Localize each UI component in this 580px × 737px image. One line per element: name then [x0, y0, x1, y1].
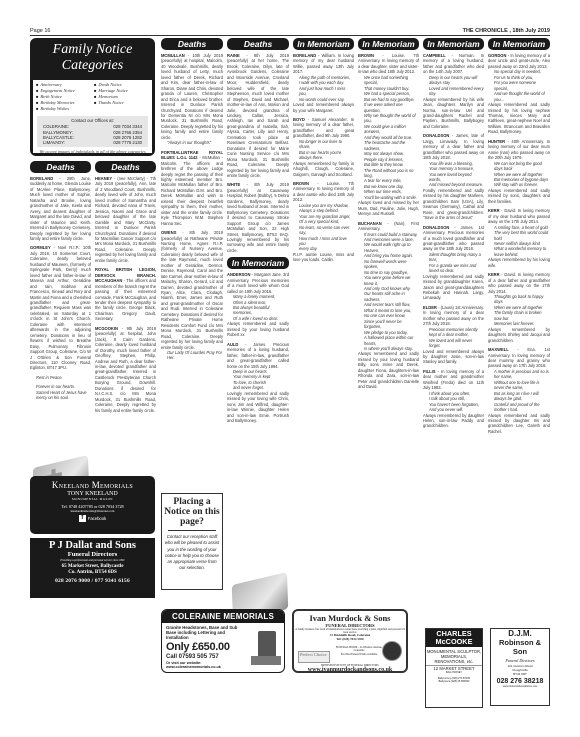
notice-entry: CAMPBELL - Norman. In memory of a loving… [423, 53, 484, 129]
memoriam-header: In Memoriam [423, 38, 484, 50]
deaths-header: Deaths [161, 38, 223, 50]
notice-entry: RAINE - 8th July 2019 (peacefully) at he… [227, 53, 289, 178]
facebook-icon: f [79, 515, 86, 522]
memoriam-column-5: In Memoriam BORELAND - William. In lovin… [293, 38, 354, 618]
notice-entry: MCMULLAN - 10th July 2019 (peacefully) a… [161, 53, 223, 146]
notice-entry: BUCHANAN - (Nan). First Anniversary.If t… [358, 221, 419, 390]
office-row: LIMAVADY:028 7776 2130 [43, 140, 142, 145]
notice-entry: WHITE - 8th July 2019 (peacefully) at Ca… [227, 182, 289, 253]
notice-entry: OWENS - 8th July 2019 (peacefully) at Ra… [161, 230, 223, 361]
deaths-column-3: Deaths MCMULLAN - 10th July 2019 (peacef… [161, 38, 223, 492]
deaths-column-4: Deaths RAINE - 8th July 2019 (peacefully… [227, 38, 289, 618]
notice-entry: ANDERSON - Margaret Jane. 3rd Anniversar… [227, 272, 289, 337]
notice-name: BUCHANAN [358, 221, 382, 226]
notice-verse: If tears could build a stairway,And memo… [358, 232, 419, 352]
notice-name: KERR [488, 208, 500, 213]
notice-verse: Many a lonely moment,Often a silent tear… [227, 294, 289, 321]
notice-verse: A mother is precious and so is her name,… [488, 369, 550, 413]
categories-panel: AnniversaryDeath NoticeEngagement Notice… [33, 80, 152, 153]
notice-name: RAINE [227, 53, 240, 58]
closing-verse: Forever in our hearts.Sacred Heart of Je… [30, 384, 91, 400]
notice-entry: MCGOOKIN - 9th July 2019 (peacefully) at… [95, 326, 156, 413]
notice-verse: Louise you are my shadow,Always a step b… [293, 203, 354, 252]
notice-entry: GORDON - In loving memory of a dear uncl… [488, 53, 550, 135]
notice-verse: Deep in our hearts you will always stayL… [423, 75, 484, 97]
family-notice-categories-box: Family Notice Categories AnniversaryDeat… [30, 38, 155, 156]
notice-verse: Your life was a blessing,Your memory a t… [423, 161, 484, 188]
notice-entry: BORELAND - William. In loving memory of … [293, 53, 354, 113]
notice-verse: Along the path of memories,I walk with y… [293, 75, 354, 102]
coleraine-memorials-ad[interactable]: COLERAINE MEMORIALS Granite Headstones, … [161, 609, 285, 673]
memoriam-column-7: In Memoriam CAMPBELL - Norman. In memory… [423, 38, 484, 636]
djm-robinson-ad[interactable]: D.J.M. Robinson & Son Funeral Directors … [490, 628, 550, 706]
notice-name: HUNTER [488, 139, 505, 144]
memoriam-column-6: In Memoriam BROWN - Louise. 7th Annivers… [358, 38, 419, 618]
notice-name: BROWN [293, 181, 309, 186]
notice-name: MCGOOKIN [95, 326, 118, 331]
deaths-header: Deaths [227, 38, 289, 50]
notice-entry: DONALDSON - James, late of Largy, Limava… [423, 133, 484, 220]
notice-verse: I think about you often,I talk about you… [423, 391, 484, 413]
memoriam-header: In Memoriam [358, 38, 419, 50]
notice-name: WHITE [227, 182, 240, 187]
notice-entry: KERR - David. In loving memory of my dea… [488, 208, 550, 268]
notice-entry: Rest in Peace. [30, 375, 91, 380]
memoriam-header: In Memoriam [227, 257, 289, 269]
notice-entry: HEANEY - (nee McClarty) - 7th July 2019 … [95, 176, 156, 263]
category-list: AnniversaryDeath NoticeEngagement Notice… [33, 80, 152, 114]
notice-entry: HUNTER - 40th Anniversary. In loving mem… [488, 139, 550, 204]
category-item: Thanks Notice [94, 100, 154, 106]
memoriam-header: In Memoriam [293, 38, 354, 50]
deaths-header: Deaths [95, 161, 156, 173]
notice-entry: ROYAL BRITISH LEGION, DERVOCK BRANCH. MC… [95, 267, 156, 322]
notice-name: HEANEY [95, 176, 112, 181]
notice-entry: BROWN - Louise. 7th Anniversary. In lovi… [293, 181, 354, 263]
notice-entry: MAXWELL - Ena. 1st Anniversary. In lovin… [488, 347, 550, 434]
headstone-image [258, 631, 276, 659]
notice-entry: ELDER - (Laura) 1st Anniversary. In lovi… [423, 305, 484, 365]
memoriam-column-8: In Memoriam GORDON - In loving memory of… [488, 38, 550, 636]
notice-name: BROWN [358, 53, 374, 58]
notice-name: KERR [488, 272, 500, 277]
notice-name: CAMPBELL [423, 53, 446, 58]
notice-verse: A smiling face, a heart of goldThe very … [488, 225, 550, 258]
notice-verse: Our Lady Of Lourdes Pray For Her. [161, 350, 223, 361]
accept-images-note: We accept images of individuals in all o… [33, 147, 152, 156]
contact-offices: Contact our Offices at: COLERAINE:028 70… [37, 116, 148, 147]
notice-name: BORELAND [30, 176, 53, 181]
memoriam-header: In Memoriam [488, 38, 550, 50]
notice-verse: Thoughts go back to happy daysWhen we we… [488, 294, 550, 327]
notice-name: DONALDSON [423, 133, 449, 138]
notice-name: AULD [227, 342, 238, 347]
notice-entry: BROWN - Louise. 7th Anniversary. In lovi… [358, 53, 419, 217]
notice-name: ANDERSON [227, 272, 250, 277]
notice-verse: No longer in our lives to share,But in o… [293, 139, 354, 161]
notice-verse: We once had something special,That money… [358, 75, 419, 200]
notice-name: BORELAND [293, 53, 316, 58]
institute-seal-icon [382, 641, 402, 661]
family-notice-title: Family Notice Categories [30, 38, 155, 74]
deaths-header: Deaths [30, 161, 91, 173]
notice-verse: We can not bring the good days backWhen … [488, 161, 550, 188]
charles-mccooke-ad[interactable]: CHARLESMcCOOKE MONUMENTAL SCULPTOR, MEMO… [425, 628, 483, 708]
notice-entry: AULD - James. Precious memories of a lov… [227, 342, 289, 424]
facebook-link[interactable]: fFacebook [30, 515, 155, 522]
notice-name: OWENS [161, 230, 176, 235]
perfect-choice-logo: Perfect Choice [298, 651, 330, 663]
pj-dallat-ad[interactable]: P J Dallat and Sons Funeral Directors Pr… [30, 538, 155, 598]
notice-verse: Deep in our heartsYour memory is keptTo … [227, 369, 289, 391]
page-number: Page 16 [30, 28, 51, 34]
notice-verse: "Always in our thoughts" [161, 140, 223, 145]
notice-name: GORMLEY [30, 245, 51, 250]
notice-entry: GORMLEY - Noel R.I.P.: 10th July 2019, 1… [30, 245, 91, 370]
notice-name: FILLIS [423, 369, 436, 374]
notice-name: BOYD [293, 117, 305, 122]
deaths-column-1: Deaths BORELAND - 29th June, suddenly at… [30, 161, 91, 499]
notice-entry: PORTBALLINTRAE ROYAL BLUES L.O.L 1142 - … [161, 150, 223, 226]
notice-name: ELDER [423, 305, 437, 310]
category-item: Birthday Wishes [36, 106, 94, 112]
notice-verse: Silent thoughts bring many a tear,For a … [423, 252, 484, 274]
ivan-murdock-ad[interactable]: Ivan Murdock & Sons FUNERAL DIRECTORS A … [292, 609, 408, 673]
deaths-column-2: Deaths HEANEY - (nee McClarty) - 7th Jul… [95, 161, 156, 475]
notice-name: GORDON [488, 53, 506, 58]
page-header: Page 16 THE CHRONICLE , 18th July 2019 [30, 26, 550, 36]
notice-entry: BORELAND - 29th June, suddenly at home, … [30, 176, 91, 241]
notice-name: DONALDSON [423, 225, 449, 230]
notice-verse: Rest in Peace. [30, 375, 91, 380]
notice-verse: No special day is needed,For us to think… [488, 69, 550, 102]
notice-entry: KERR - David. In loving memory of a dear… [488, 272, 550, 343]
kneeland-memorials-ad[interactable]: Kneeland Memorials TONY KNEELAND MONUMEN… [30, 476, 155, 534]
paper-title-date: THE CHRONICLE , 18th July 2019 [463, 28, 550, 34]
notice-entry: DONALDSON - James. 1st Anniversary. Prec… [423, 225, 484, 301]
notice-name: MAXWELL [488, 347, 509, 352]
notice-verse: Precious memories silently kept of a dea… [423, 327, 484, 349]
placing-notice-box: Placing a Notice on this page? Contact o… [161, 493, 223, 590]
notice-name: MCMULLAN [161, 53, 185, 58]
newspaper-page: Page 16 THE CHRONICLE , 18th July 2019 F… [30, 26, 550, 626]
notice-entry: FILLIS - In loving memory of a dear moth… [423, 369, 484, 429]
notice-entry: BOYD - Samuel Alexander. In loving memor… [293, 117, 354, 177]
